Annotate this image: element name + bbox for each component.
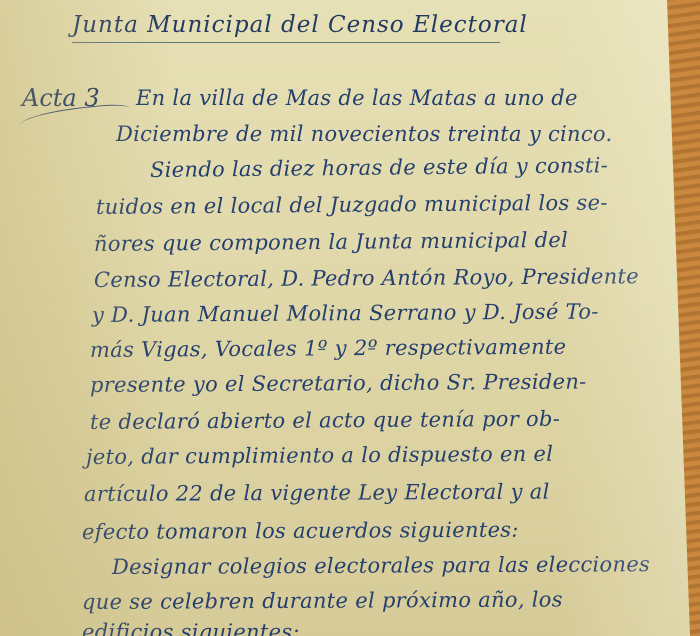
document-line: que se celebren durante el próximo año, … — [82, 587, 563, 614]
document-line: jeto, dar cumplimiento a lo dispuesto en… — [86, 442, 553, 469]
document-line: efecto tomaron los acuerdos siguientes: — [82, 518, 519, 544]
document-line: artículo 22 de la vigente Ley Electoral … — [84, 480, 550, 506]
document-line: En la villa de Mas de las Matas a uno de — [136, 86, 578, 110]
document-heading: Junta Municipal del Censo Electoral — [72, 12, 528, 38]
acta-flourish-stroke — [19, 102, 130, 132]
acta-label: Acta 3 — [22, 84, 100, 112]
document-line: Siendo las diez horas de este día y cons… — [150, 153, 608, 182]
document-line: Diciembre de mil novecientos treinta y c… — [116, 122, 612, 146]
document-line: tuidos en el local del Juzgado municipal… — [96, 191, 608, 219]
document-line: presente yo el Secretario, dicho Sr. Pre… — [90, 370, 587, 397]
document-line: Designar colegios electorales para las e… — [112, 552, 650, 579]
heading-underline — [72, 42, 500, 43]
document-line: ñores que componen la Junta municipal de… — [94, 228, 568, 256]
document-line: más Vigas, Vocales 1º y 2º respectivamen… — [90, 335, 567, 362]
document-line: y D. Juan Manuel Molina Serrano y D. Jos… — [92, 299, 599, 327]
handwritten-document-page: Junta Municipal del Censo Electoral Acta… — [0, 0, 700, 636]
document-line: Censo Electoral, D. Pedro Antón Royo, Pr… — [94, 264, 639, 292]
document-line: te declaró abierto el acto que tenía por… — [90, 407, 560, 434]
document-line: edificios siguientes: — [82, 620, 300, 636]
